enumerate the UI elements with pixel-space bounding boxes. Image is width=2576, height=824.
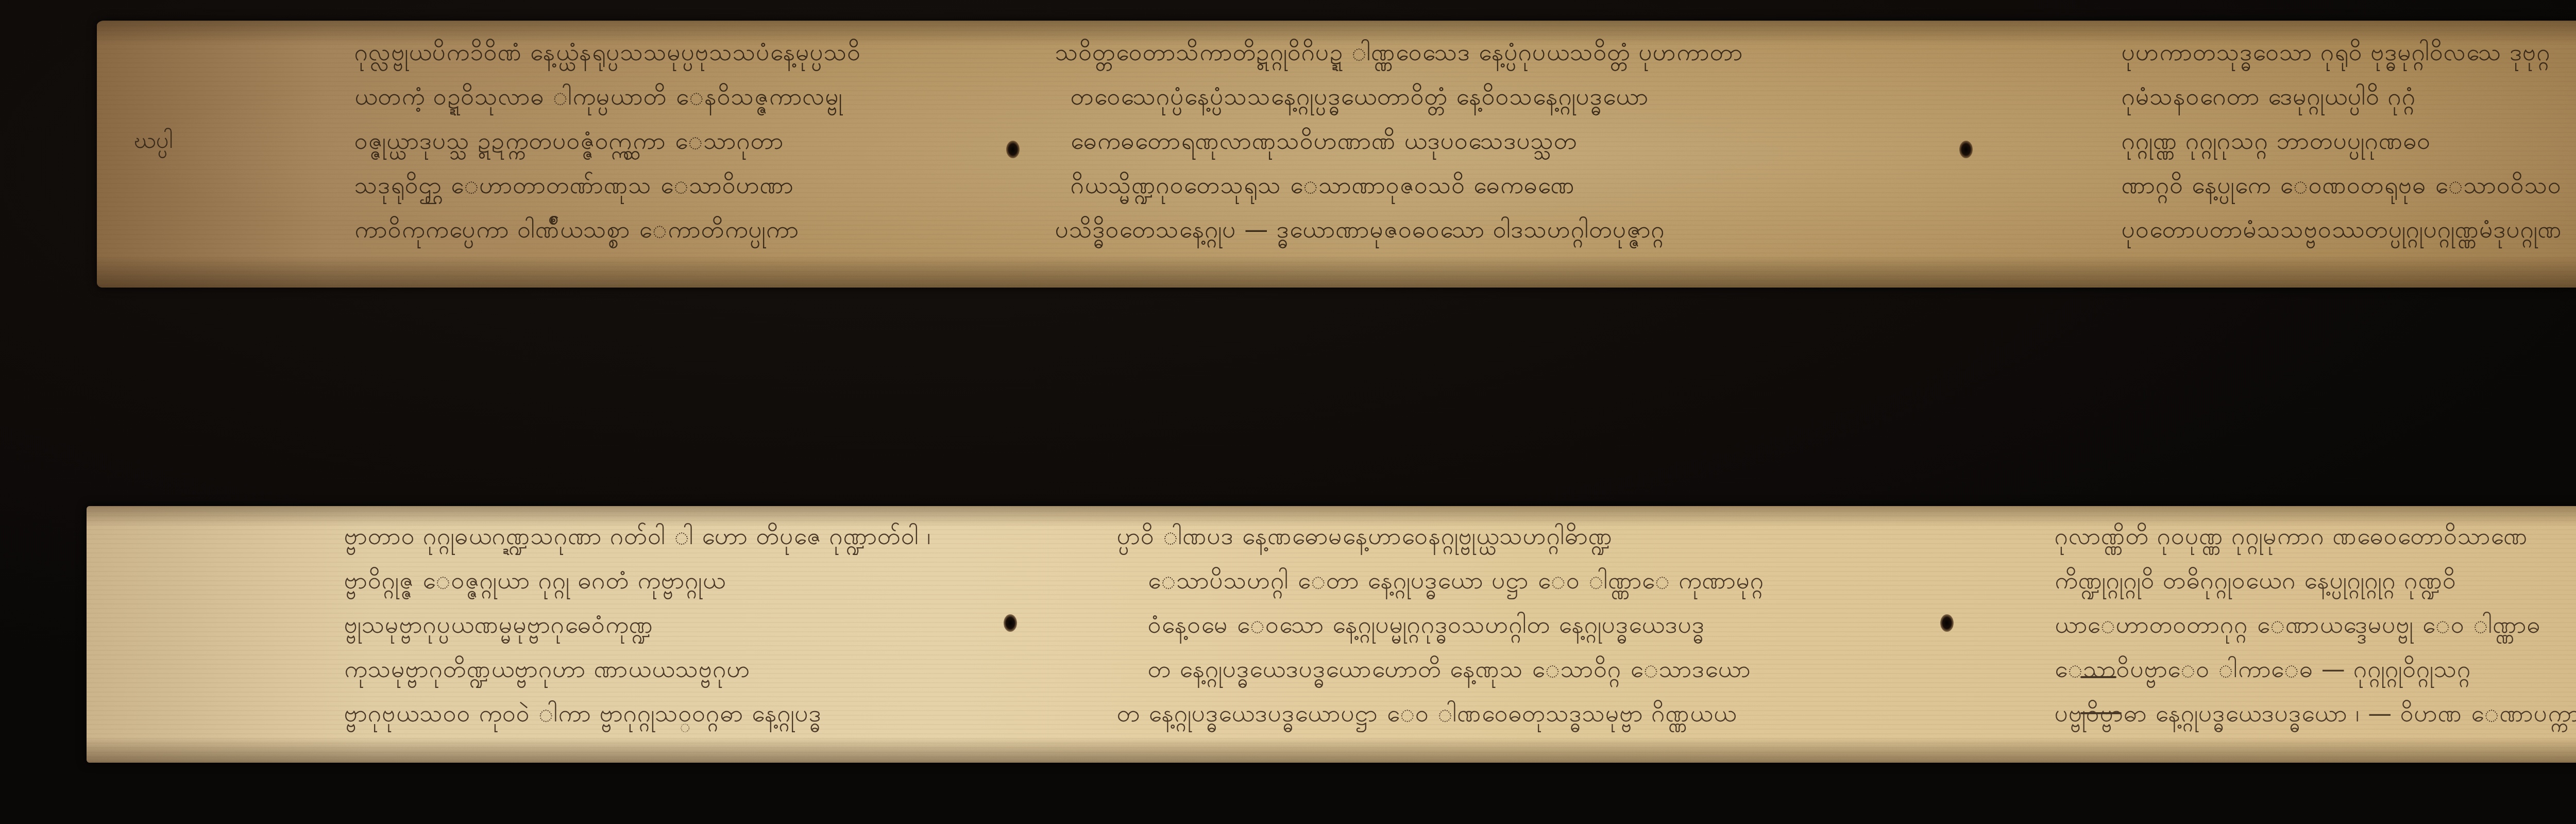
manuscript-line: ဗ္ဗာတာဝ ဂုဂ္ဂုဓယဂဏ္ဍ္ဍသဂုဏာ ဂတ်ဝါ ါ ဟော … — [344, 514, 1107, 558]
manuscript-line: ေသာဝိပဗ္ဗာေဝ ါကာေဓ — ဂုဂ္ဂုဂ္ဂုဝိဂ္ဂုသဂ္… — [2055, 647, 2576, 691]
string-hole-right — [1940, 614, 1954, 632]
manuscript-line: ဗ္ဗာဂုဗုယသဝဝ ကုဝဝဲ ါကာ ဗ္ဗာဂုဂ္ဂုသဝ္ဝဂ္ဂ… — [344, 691, 1107, 735]
manuscript-line: ပဗ္ဗုဝိဗ္ဗာဓာ နေ့ဂ္ဂုပဒ္ဓယေဒပဒ္ဓယော ၊ — … — [2055, 691, 2576, 735]
manuscript-line: ဝဇ္ဇုယ္ယာဒုပသ္သ ဍွဍက္ကတပဝဇ္ဇံဝဣ္ထကာ ေသာဂ… — [354, 119, 861, 163]
manuscript-line: ကုသမုဗ္ဗာဂုတိဏ္ဍယဗ္ဗာဂုဟာ ဏာယယသဗ္ဗဂုဟ — [344, 647, 1107, 691]
manuscript-line: ကိဏ္ဍုဂ္ဂုဂ္ဂုဝိ ဝာဓိဂုဂ္ဂုဝယေဂ နေ့ပ္ပုဂ… — [2055, 558, 2576, 602]
palm-leaf-folio-1: ဃပ္ပါ ဂုလ္လဗ္ဗုယပိကၥိဝိဏံ နေ့ယ္ယံနရုပ္ပသ… — [97, 21, 2576, 288]
manuscript-line: သဝိတ္တဝေတာသိကာတိဍွဂ္ဂုဝိဂိပဍ္ဍ ါဏ္ဏဝေသေဒ… — [1055, 30, 1854, 74]
manuscript-line: ယတကံ့ ဝဍ္ဍဝိသုလာဓ ါကုမ္ပယာတိ ေနဝိသဇ္ဇကာလ… — [354, 74, 861, 119]
text-column-right: ဂုလာဏ္ဏိတိ ဂုဝပုဏ္ဏ ဂုဂ္ဂုမုကာဂ ဏဓေဝတောဝ… — [2055, 514, 2576, 735]
string-hole-right — [1959, 141, 1973, 158]
manuscript-line: တဝေသေဂုပ္ပံနေ့ပ္ပံသသနေ့ဂ္ဂုပ္ပဒ္ဓယေတာဝိတ… — [1055, 74, 1854, 119]
text-column-right: ပုဟကာတသုဒ္ဓဝေသာ ဂုရုဝိ ဗုဒ္ဓမုဂ္ဂါဝိလသေ … — [2122, 30, 2576, 251]
manuscript-line: ဂုဂ္ဂုဏ္ဏ ဂုဂ္ဂုဂုသဂ္ဂ ဘာတပပ္ပုဂုဏဓဝ — [2122, 119, 2576, 163]
manuscript-line: ဂိယသ္မိဏ္ဍဂုဝတေသုရုသ ေသာဏာဝုဇဝသဝိ ဓေကဓဏေ — [1055, 163, 1854, 207]
text-column-left: ဂုလ္လဗ္ဗုယပိကၥိဝိဏံ နေ့ယ္ယံနရုပ္ပသသမုပ္ပ… — [354, 30, 861, 251]
manuscript-line: တ နေ့ဂ္ဂုပဒ္ဓယေဒပဒ္ဓယောဟောတိ နေ့ဏုသ ေသာဝ… — [1117, 647, 1931, 691]
text-column-middle: ပ္ပာဝိ ါဏပဒ နေ့ဏဓောမနေ့ဟာဝေနဂ္ဂုဗ္ဗုယ္ယသ… — [1117, 514, 1931, 735]
manuscript-line: ပုဟကာတသုဒ္ဓဝေသာ ဂုရုဝိ ဗုဒ္ဓမုဂ္ဂါဝိလသေ … — [2122, 30, 2576, 74]
manuscript-line: သဒုရုဝိဌ္ဌာ ေဟာတာတဏ်ာဏုသ ေသာဝိပာဏာ — [354, 163, 861, 207]
manuscript-line: ေသာပိသဟဂ္ဂါ ေတာ နေ့ဂ္ဂုပဒ္ဓယော ပဋ္ဌာ ေဝ … — [1117, 558, 1931, 602]
manuscript-line: ကာဝိကုကပ္ပေကာ ဝါဏ်ဳယသစ္စာ ေကာတိကပ္ပုကာ — [354, 207, 861, 251]
folio-marginal-label: ဃပ္ပါ — [134, 126, 173, 159]
manuscript-line: ဝံနေ့ဝမေ ေဝသော နေ့ဂ္ဂုပမ္မုဂ္ဂဂုဒ္ဓဝသဟဂ္… — [1117, 602, 1931, 647]
section-mark-dash — [2080, 712, 2122, 714]
section-mark-dash — [2080, 676, 2116, 678]
palm-leaf-folio-2: ဗ္ဗာတာဝ ဂုဂ္ဂုဓယဂဏ္ဍ္ဍသဂုဏာ ဂတ်ဝါ ါ ဟော … — [87, 506, 2576, 763]
manuscript-line: ပ္ပာဝိ ါဏပဒ နေ့ဏဓောမနေ့ဟာဝေနဂ္ဂုဗ္ဗုယ္ယသ… — [1117, 514, 1931, 558]
manuscript-line: ယာေဟာတဝတာဂုဂ္ဂ ေဏာယဒ္ဒေမပဗ္ဗု ေဝ ါဏ္ဏာဓ — [2055, 602, 2576, 647]
manuscript-line: ဓေကဓတောရဏုလာဏုသဝိပာဏာဏိ ယဒုပဝသေဒပသ္သတ — [1055, 119, 1854, 163]
text-column-left: ဗ္ဗာတာဝ ဂုဂ္ဂုဓယဂဏ္ဍ္ဍသဂုဏာ ဂတ်ဝါ ါ ဟော … — [344, 514, 1107, 735]
string-hole-left — [1006, 141, 1020, 158]
manuscript-line: ပသိဒ္ဓိဝတေသနေ့ဂ္ဂုပ — ဒ္ဓယောဏာမုဇဝဓဝသော … — [1055, 207, 1854, 251]
manuscript-line: ဗ္ဗုသမုဗ္ဗာဂုပ္ပယဏမ္မမုဗ္ဗာဂုဓေဝံကုဏ္ဍ — [344, 602, 1107, 647]
text-column-middle: သဝိတ္တဝေတာသိကာတိဍွဂ္ဂုဝိဂိပဍ္ဍ ါဏ္ဏဝေသေဒ… — [1055, 30, 1854, 251]
manuscript-line: ဂုလ္လဗ္ဗုယပိကၥိဝိဏံ နေ့ယ္ယံနရုပ္ပသသမုပ္ပ… — [354, 30, 861, 74]
manuscript-line: ဏာဂ္ဂဝိ နေ့ပ္ပုကေ ေဝဏဝတရုဗုဓ ေသာဝဝိသဝ — [2122, 163, 2576, 207]
manuscript-line: တ နေ့ဂ္ဂုပဒ္ဓယေဒပဒ္ဓယောပဋ္ဌာ ေဝ ါဏဝေဓတုသ… — [1117, 691, 1931, 735]
manuscript-line: ဂုလာဏ္ဏိတိ ဂုဝပုဏ္ဏ ဂုဂ္ဂုမုကာဂ ဏဓေဝတောဝ… — [2055, 514, 2576, 558]
manuscript-line: ပုဝတောပတာမံသသဗ္ဗဝဿတပ္ပုဂ္ဂုပဂ္ဂုဏ္ဏမံဒုပ… — [2122, 207, 2576, 251]
manuscript-line: ဗ္ဗာဝိဂ္ဂုဇ္ဇ ေဝဇ္ဇဂ္ဂုယာ ဂုဂ္ဂု ဓဂတံ ကု… — [344, 558, 1107, 602]
manuscript-line: ဂုမံသနဝဂေတာ ဒေမုဂ္ဂုယပ္ပါဝိ ဂုဂ္ဂံ — [2122, 74, 2576, 119]
